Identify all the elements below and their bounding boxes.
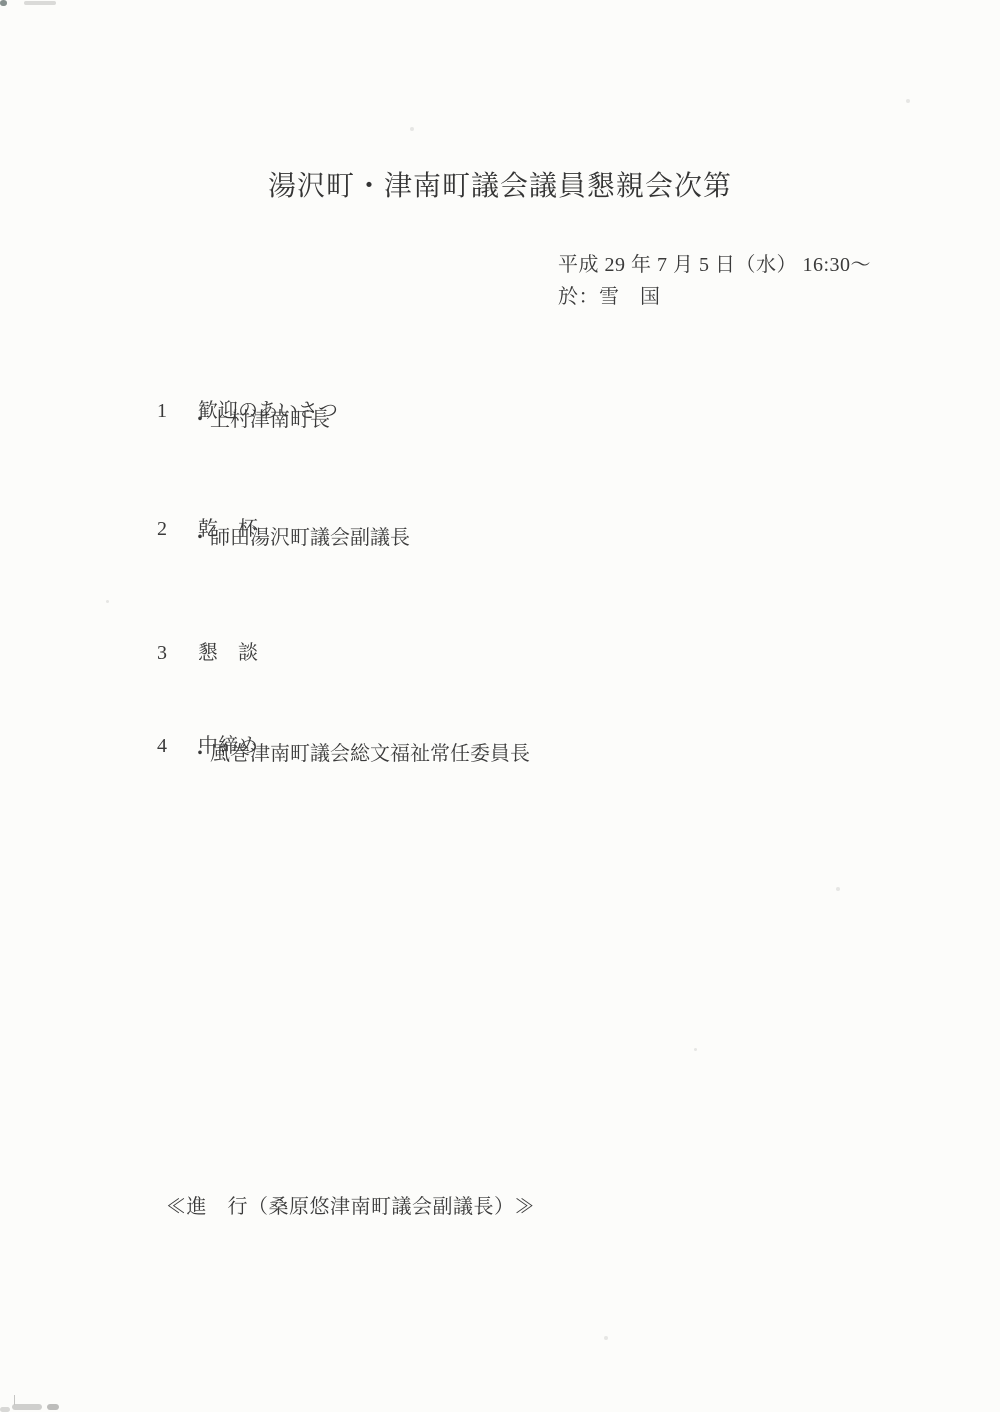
scan-artifact-bottom-smudge bbox=[12, 1404, 42, 1410]
scan-artifact-dot bbox=[906, 99, 910, 103]
event-datetime: 平成 29 年 7 月 5 日（水） 16:30～ bbox=[558, 254, 871, 277]
agenda-item-label: 懇 談 bbox=[198, 642, 258, 664]
event-venue: 於：雪 国 bbox=[558, 286, 661, 309]
scan-artifact-bottom-smudge bbox=[0, 1407, 10, 1412]
scan-artifact-dot bbox=[694, 1048, 697, 1051]
scan-artifact-dot bbox=[604, 1336, 608, 1340]
document-title: 湯沢町・津南町議会議員懇親会次第 bbox=[0, 171, 1000, 203]
scan-artifact-bottom-smudge bbox=[47, 1404, 59, 1410]
agenda-item-3: 3懇 談 bbox=[147, 619, 258, 665]
scan-artifact-dot bbox=[410, 127, 414, 131]
agenda-item-1-presenter: ・上村津南町長 bbox=[190, 409, 330, 432]
scan-artifact-top-smudge bbox=[24, 1, 56, 5]
agenda-item-4-presenter: ・風巻津南町議会総文福祉常任委員長 bbox=[190, 743, 530, 766]
facilitator-note: ≪進 行（桑原悠津南町議会副議長）≫ bbox=[166, 1196, 535, 1219]
scan-artifact-corner-speck bbox=[0, 0, 7, 6]
agenda-item-number: 3 bbox=[157, 642, 198, 665]
scan-artifact-dot bbox=[836, 887, 840, 891]
agenda-item-2-presenter: ・師田湯沢町議会副議長 bbox=[190, 527, 410, 550]
scan-artifact-dot bbox=[106, 600, 109, 603]
scan-artifact-hairline bbox=[14, 1395, 15, 1405]
